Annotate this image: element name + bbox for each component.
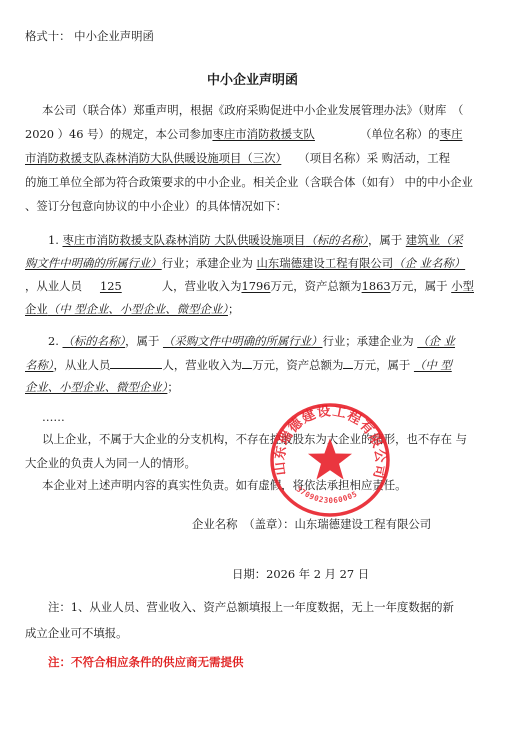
project-name-field: 枣庄	[440, 127, 463, 141]
item-text: ，从业人员	[25, 279, 82, 293]
format-label: 格式十： 中小企业声明函	[25, 28, 154, 44]
revenue-blank	[242, 356, 252, 369]
company-seal-icon: 山东瑞德建设工程有限公司 3709023060005	[265, 400, 395, 520]
company-field: 山东瑞德建设工程有限公司（企 业名称）	[256, 256, 465, 270]
staff-blank	[110, 356, 162, 369]
item-number: 2.	[48, 334, 59, 348]
item1-line-1: 1. 枣庄市消防救援支队森林消防 大队供暖设施项目（标的名称），属于 建筑业（采	[48, 232, 463, 248]
document-page: 格式十： 中小企业声明函 中小企业声明函 本公司（联合体）郑重声明，根据《政府采…	[0, 0, 505, 750]
company-field: （企 业	[417, 334, 455, 348]
intro-line-4: 的施工单位全部为符合政策要求的中小企业。相关企业（含联合体（如有） 中的中小企业	[25, 174, 473, 190]
item-text: ；	[167, 380, 178, 394]
assets-blank	[343, 356, 353, 369]
intro-line-1: 本公司（联合体）郑重声明，根据《政府采购促进中小企业发展管理办法》（财库 （	[42, 102, 463, 118]
note-1-line-1: 注：1、从业人员、营业收入、资产总额填报上一年度数据，无上一年度数据的新	[48, 599, 454, 615]
item-text: 万元，属于	[391, 279, 448, 293]
project-name-field: 市消防救援支队森林消防大队供暖设施项目（三次）	[25, 151, 281, 165]
page-title: 中小企业声明函	[0, 69, 505, 88]
intro-line-2: 2020 ）46 号）的规定，本公司参加枣庄市消防救援支队（单位名称）的枣庄	[25, 126, 463, 142]
item-text: ，属于	[368, 233, 402, 247]
ellipsis: ……	[42, 409, 65, 425]
statement-line-1: 以上企业，不属于大企业的分支机构，不存在控股股东为大企业的情形，也不存在 与	[42, 431, 467, 447]
item2-line-1: 2. （标的名称），属于 （采购文件中明确的所属行业）行业；承建企业为 （企 业	[48, 333, 455, 349]
size-field: （中 型	[414, 358, 452, 372]
item-number: 1.	[48, 233, 59, 247]
size-field: 企业、小型企业、微型企业）	[25, 380, 167, 394]
size-field: 小型	[451, 279, 474, 293]
intro-line-3: 市消防救援支队森林消防大队供暖设施项目（三次） （项目名称）采 购活动，工程	[25, 150, 450, 166]
item1-line-4: 企业（中 型企业、小型企业、微型企业）；	[25, 301, 239, 317]
staff-field: 125	[82, 279, 162, 293]
item-text: ；	[228, 302, 239, 316]
industry-field: （采购文件中明确的所属行业）	[163, 334, 322, 348]
subject-field: 枣庄市消防救援支队森林消防 大队供暖设施项目（标的名称）	[63, 233, 368, 247]
item1-line-3: ，从业人员125人，营业收入为1796万元，资产总额为1863万元，属于 小型	[25, 278, 474, 294]
item-text: 万元，资产总额为	[270, 279, 361, 293]
intro-line-5: 、签订分包意向协议的中小企业）的具体情况如下：	[25, 198, 287, 214]
intro-text: （单位名称）的	[360, 127, 440, 141]
item2-line-3: 企业、小型企业、微型企业）；	[25, 379, 179, 395]
intro-text: 2020 ）46 号）的规定，本公司参加	[25, 127, 212, 141]
company-field: 名称）	[25, 358, 53, 372]
item2-line-2: 名称），从业人员人，营业收入为万元，资产总额为万元，属于 （中 型	[25, 356, 452, 373]
item-text: 万元，资产总额为	[252, 358, 343, 372]
item-text: 人，营业收入为	[162, 358, 242, 372]
item-text: 万元，属于	[353, 358, 410, 372]
company-signature: 企业名称 （盖章）：山东瑞德建设工程有限公司	[192, 516, 431, 532]
note-1-line-2: 成立企业可不填报。	[25, 625, 128, 641]
size-field: 企业（中 型企业、小型企业、微型企业）	[25, 302, 228, 316]
item-text: 行业；承建企业为	[162, 256, 253, 270]
statement-line-3: 本企业对上述声明内容的真实性负责。如有虚假，将依法承担相应责任。	[42, 477, 407, 493]
note-2-warning: 注：不符合相应条件的供应商无需提供	[48, 654, 244, 670]
intro-text: （项目名称）采 购活动，工程	[281, 151, 450, 165]
statement-line-2: 大企业的负责人为同一人的情形。	[25, 455, 196, 471]
industry-field: 购文件中明确的所属行业）	[25, 256, 162, 270]
assets-field: 1863	[362, 279, 391, 293]
item-text: 行业；承建企业为	[322, 334, 413, 348]
item1-line-2: 购文件中明确的所属行业）行业；承建企业为 山东瑞德建设工程有限公司（企 业名称）	[25, 255, 465, 271]
item-text: 人，营业收入为	[162, 279, 242, 293]
item-text: ，属于	[125, 334, 159, 348]
date: 日期：2026 年 2 月 27 日	[232, 566, 369, 582]
subject-field: （标的名称）	[63, 334, 126, 348]
item-text: ，从业人员	[53, 358, 110, 372]
revenue-field: 1796	[241, 279, 270, 293]
industry-field: 建筑业（采	[406, 233, 463, 247]
unit-name-field: 枣庄市消防救援支队	[212, 127, 360, 141]
